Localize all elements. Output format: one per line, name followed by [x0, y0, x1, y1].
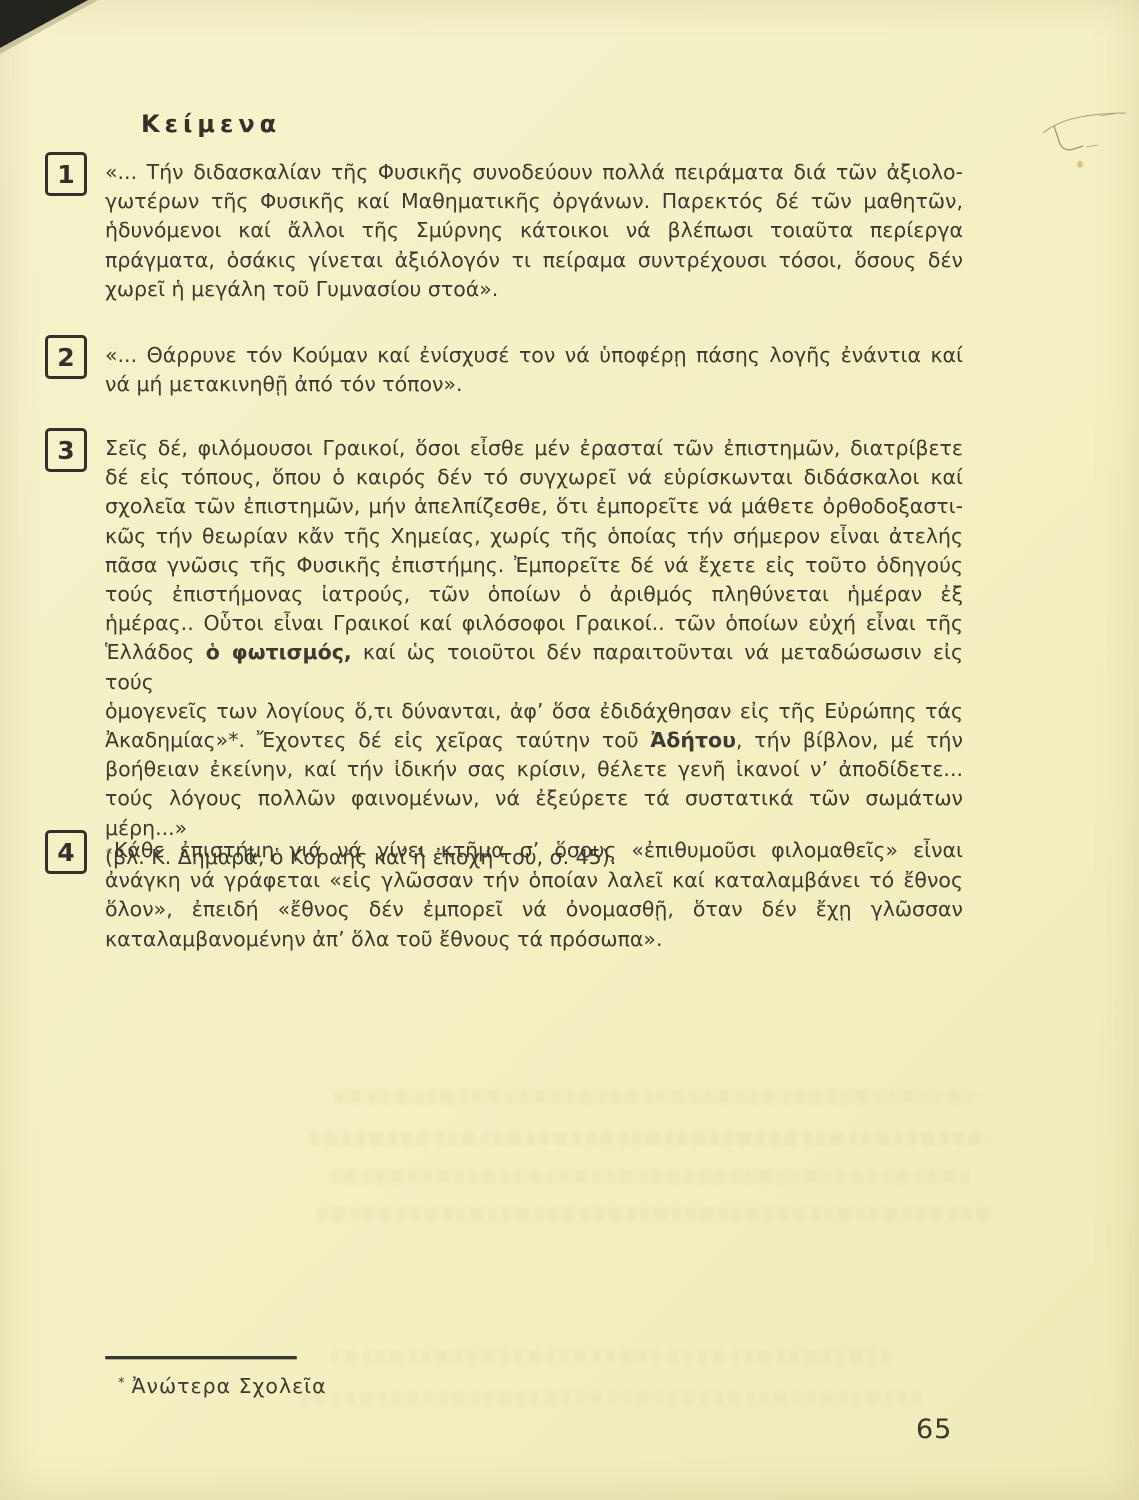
footnote-marker: * — [118, 1376, 126, 1391]
text-line: «... Θάρρυνε τόν Κούμαν καί ἐνίσχυσέ τον… — [105, 341, 963, 370]
text-line: κῶς τήν θεωρίαν κἄν τῆς Χημείας, χωρίς τ… — [105, 522, 963, 551]
section-text: Σεῖς δέ, φιλόμουσοι Γραικοί, ὅσοι εἶσθε … — [105, 434, 963, 872]
footnote: *Ἀνώτερα Σχολεῖα — [118, 1374, 327, 1398]
body-text: «... Θάρρυνε τόν Κούμαν καί ἐνίσχυσέ τον… — [105, 343, 963, 367]
bleed-through-line — [300, 1392, 920, 1405]
body-text: ὁμογενεῖς των λογίους ὅ,τι δύνανται, ἀφ’… — [105, 699, 963, 723]
section-number: 3 — [57, 438, 74, 463]
bleed-through-line — [318, 1208, 993, 1221]
body-text: «... Τήν διδασκαλίαν τῆς Φυσικῆς συνοδεύ… — [105, 160, 963, 184]
ink-spot — [1077, 161, 1083, 168]
body-text: ἡδυνόμενοι καί ἄλλοι τῆς Σμύρνης κάτοικο… — [105, 218, 963, 242]
text-line: ὅλον», ἐπειδή «ἔθνος δέν ἐμπορεῖ νά ὀνομ… — [105, 895, 963, 924]
text-line: Ἑλλάδος ὁ φωτισμός, καί ὡς τοιοῦτοι δέν … — [105, 638, 963, 696]
text-line: «... Τήν διδασκαλίαν τῆς Φυσικῆς συνοδεύ… — [105, 158, 963, 187]
body-text: πράγματα, ὁσάκις γίνεται ἀξιόλογόν τι πε… — [105, 248, 963, 272]
text-line: πᾶσα γνῶσις τῆς Φυσικῆς ἐπιστήμης. Ἐμπορ… — [105, 551, 963, 580]
bold-text: ὁ φωτισμός, — [206, 640, 352, 664]
body-text: καταλαμβανομένην ἀπ’ ὅλα τοῦ ἔθνους τά π… — [105, 927, 662, 951]
text-line: σχολεῖα τῶν ἐπιστημῶν, μήν ἀπελπίζεσθε, … — [105, 492, 963, 521]
body-text: Σεῖς δέ, φιλόμουσοι Γραικοί, ὅσοι εἶσθε … — [105, 436, 963, 460]
section-number: 1 — [57, 162, 74, 187]
body-text: γωτέρων τῆς Φυσικῆς καί Μαθηματικῆς ὀργά… — [105, 189, 963, 213]
page-number: 65 — [916, 1414, 952, 1445]
text-line: βοήθειαν ἐκείνην, καί τήν ἰδικήν σας κρί… — [105, 755, 963, 784]
section-number-box: 3 — [45, 428, 87, 472]
text-line: ὁμογενεῖς των λογίους ὅ,τι δύνανται, ἀφ’… — [105, 697, 963, 726]
section-number-box: 2 — [45, 335, 87, 379]
section-number-box: 1 — [45, 152, 87, 196]
scanned-book-page: Κείμενα 1«... Τήν διδασκαλίαν τῆς Φυσικῆ… — [0, 0, 1139, 1500]
body-text: σχολεῖα τῶν ἐπιστημῶν, μήν ἀπελπίζεσθε, … — [105, 494, 963, 518]
pencil-mark — [1040, 106, 1132, 158]
text-line: «Κάθε ἐπιστήμη γιά νά γίνει κτῆμα σ’ ὅσο… — [105, 836, 963, 866]
text-line: ἀνάγκη νά γράφεται «εἰς γλῶσσαν τήν ὁποί… — [105, 866, 963, 895]
text-line: Ἀκαδημίας»*. Ἔχοντες δέ εἰς χεῖρας ταύτη… — [105, 726, 963, 755]
bleed-through-line — [335, 1090, 980, 1103]
text-line: Σεῖς δέ, φιλόμουσοι Γραικοί, ὅσοι εἶσθε … — [105, 434, 963, 463]
text-line: ἡμέρας.. Οὗτοι εἶναι Γραικοί καί φιλόσοφ… — [105, 609, 963, 638]
bleed-through-line — [330, 1350, 890, 1363]
text-line: δέ εἰς τόπους, ὅπου ὁ καιρός δέν τό συγχ… — [105, 463, 963, 492]
text-line: χωρεῖ ἡ μεγάλη τοῦ Γυμνασίου στοά». — [105, 275, 963, 304]
body-text: νά μή μετακινηθῇ ἀπό τόν τόπον». — [105, 372, 463, 396]
scan-corner — [0, 0, 88, 48]
body-text: Ἀκαδημίας»*. Ἔχοντες δέ εἰς χεῖρας ταύτη… — [105, 728, 650, 752]
bleed-through-line — [310, 1132, 990, 1145]
section-number: 4 — [57, 840, 74, 865]
text-line: γωτέρων τῆς Φυσικῆς καί Μαθηματικῆς ὀργά… — [105, 187, 963, 216]
body-text: ὅλον», ἐπειδή «ἔθνος δέν ἐμπορεῖ νά ὀνομ… — [105, 897, 963, 921]
section-number-box: 4 — [45, 830, 87, 874]
body-text: τούς λόγους πολλῶν φαινομένων, νά ἐξεύρε… — [105, 786, 963, 810]
section-number: 2 — [57, 345, 74, 370]
body-text: ἀνάγκη νά γράφεται «εἰς γλῶσσαν τήν ὁποί… — [105, 868, 963, 892]
body-text: πᾶσα γνῶσις τῆς Φυσικῆς ἐπιστήμης. Ἐμπορ… — [105, 553, 963, 577]
body-text: ἡμέρας.. Οὗτοι εἶναι Γραικοί καί φιλόσοφ… — [105, 611, 963, 635]
text-line: ἡδυνόμενοι καί ἄλλοι τῆς Σμύρνης κάτοικο… — [105, 216, 963, 245]
body-text: Ἑλλάδος — [105, 640, 206, 664]
body-text: βοήθειαν ἐκείνην, καί τήν ἰδικήν σας κρί… — [105, 757, 963, 781]
body-text: δέ εἰς τόπους, ὅπου ὁ καιρός δέν τό συγχ… — [105, 465, 963, 489]
stray-quote-mark: « — [105, 844, 113, 859]
section-text: «Κάθε ἐπιστήμη γιά νά γίνει κτῆμα σ’ ὅσο… — [105, 836, 963, 954]
text-line: καταλαμβανομένην ἀπ’ ὅλα τοῦ ἔθνους τά π… — [105, 925, 963, 954]
footnote-text: Ἀνώτερα Σχολεῖα — [132, 1374, 327, 1398]
body-text: Κάθε ἐπιστήμη γιά νά γίνει κτῆμα σ’ ὅσου… — [114, 838, 963, 862]
section-text: «... Τήν διδασκαλίαν τῆς Φυσικῆς συνοδεύ… — [105, 158, 963, 304]
page-title: Κείμενα — [141, 110, 281, 138]
bold-text: Ἀδήτου — [650, 728, 736, 752]
text-line: πράγματα, ὁσάκις γίνεται ἀξιόλογόν τι πε… — [105, 246, 963, 275]
body-text: κῶς τήν θεωρίαν κἄν τῆς Χημείας, χωρίς τ… — [105, 524, 963, 548]
text-line: νά μή μετακινηθῇ ἀπό τόν τόπον». — [105, 370, 963, 399]
body-text: χωρεῖ ἡ μεγάλη τοῦ Γυμνασίου στοά». — [105, 277, 498, 301]
body-text: , τήν βίβλον, μέ τήν — [736, 728, 963, 752]
text-line: τούς ἐπιστήμονας ἰατρούς, τῶν ὁποίων ὁ ἀ… — [105, 580, 963, 609]
section-text: «... Θάρρυνε τόν Κούμαν καί ἐνίσχυσέ τον… — [105, 341, 963, 399]
body-text: τούς ἐπιστήμονας ἰατρούς, τῶν ὁποίων ὁ ἀ… — [105, 582, 963, 606]
footnote-rule — [105, 1356, 297, 1359]
text-line: τούς λόγους πολλῶν φαινομένων, νά ἐξεύρε… — [105, 784, 963, 813]
bleed-through-line — [330, 1170, 970, 1183]
